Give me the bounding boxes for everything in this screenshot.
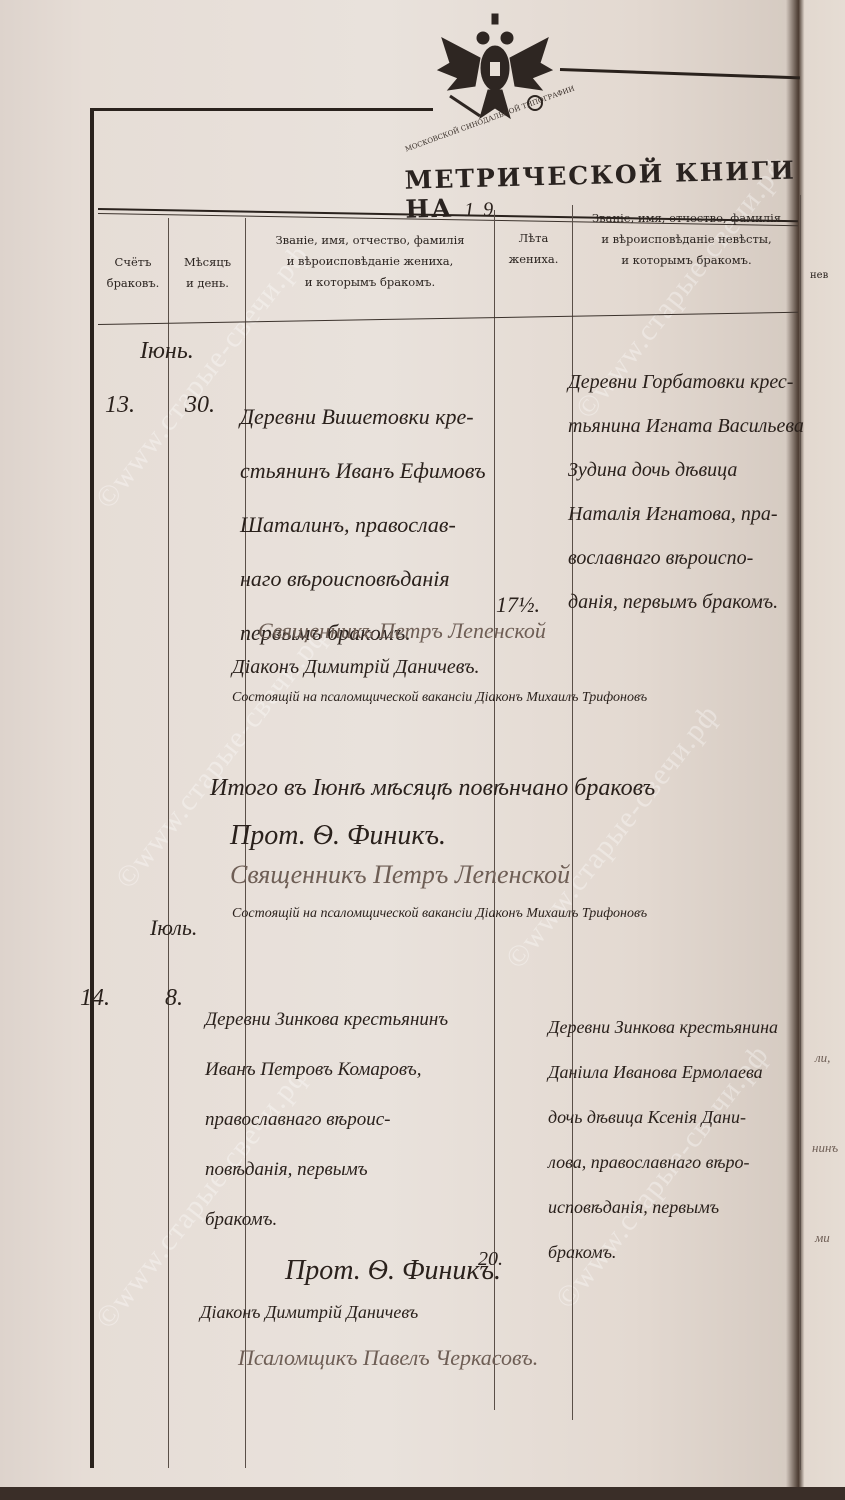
signature-deacon: Діаконъ Димитрій Даничевъ. bbox=[232, 656, 480, 679]
signature-deacon: Діаконъ Димитрій Даничевъ bbox=[200, 1302, 418, 1323]
header-border-top-right bbox=[560, 68, 800, 79]
watermark: ©www.старые-свечи.рф bbox=[499, 699, 726, 976]
entry-month-next: Іюль. bbox=[150, 915, 197, 941]
frame-left-border bbox=[90, 108, 94, 1468]
summary-signature-archpriest: Прот. Ѳ. Финикъ. bbox=[230, 820, 446, 852]
groom-details: Деревни Зинкова крестьянинъ Иванъ Петров… bbox=[205, 995, 448, 1245]
entry-day: 8. bbox=[165, 985, 183, 1012]
margin-fragment: нев bbox=[810, 270, 828, 281]
entry-month: Іюнь. bbox=[140, 338, 194, 365]
margin-fragment: ми bbox=[815, 1230, 830, 1246]
groom-age: 17½. bbox=[496, 592, 540, 618]
col-header-count: Счётъ браковъ. bbox=[98, 252, 168, 294]
col-header-groom-age: Лѣта жениха. bbox=[495, 228, 572, 270]
entry-day: 30. bbox=[185, 392, 215, 419]
header-border-top bbox=[93, 108, 433, 111]
signature-psalmist: Состоящій на псаломщической вакансіи Діа… bbox=[232, 690, 647, 706]
signature-archpriest: Прот. Ѳ. Финикъ. bbox=[285, 1255, 501, 1287]
margin-fragment: ли, bbox=[815, 1050, 830, 1066]
book-edge-shadow bbox=[0, 1487, 845, 1500]
summary-total-line: Итого въ Іюнѣ мѣсяцѣ повѣнчано браковъ bbox=[210, 775, 655, 802]
signature-psalmist: Псаломщикъ Павелъ Черкасовъ. bbox=[238, 1345, 538, 1371]
entry-number: 14. bbox=[80, 985, 110, 1012]
col-header-bride: Званіе, имя, отчество, фамилія и вѣроисп… bbox=[573, 208, 800, 271]
bride-details: Деревни Горбатовки крес- тьянина Игната … bbox=[568, 360, 804, 624]
summary-signature-psalmist: Состоящій на псаломщической вакансіи Діа… bbox=[232, 906, 647, 922]
summary-signature-priest: Священникъ Петръ Лепенской bbox=[230, 860, 570, 890]
header-bottom-line bbox=[98, 312, 798, 325]
col-divider bbox=[168, 218, 169, 1468]
col-divider bbox=[494, 210, 495, 1410]
imperial-eagle-crest-icon bbox=[420, 8, 570, 148]
col-header-month-day: Мѣсяцъ и день. bbox=[170, 252, 245, 294]
margin-fragment: нинъ bbox=[812, 1140, 838, 1156]
bride-details: Деревни Зинкова крестьянина Даніила Иван… bbox=[548, 1005, 778, 1275]
entry-number: 13. bbox=[105, 392, 135, 419]
signature-priest: Священникъ Петръ Лепенской bbox=[258, 618, 546, 644]
col-header-groom: Званіе, имя, отчество, фамилія и вѣроисп… bbox=[246, 230, 494, 293]
